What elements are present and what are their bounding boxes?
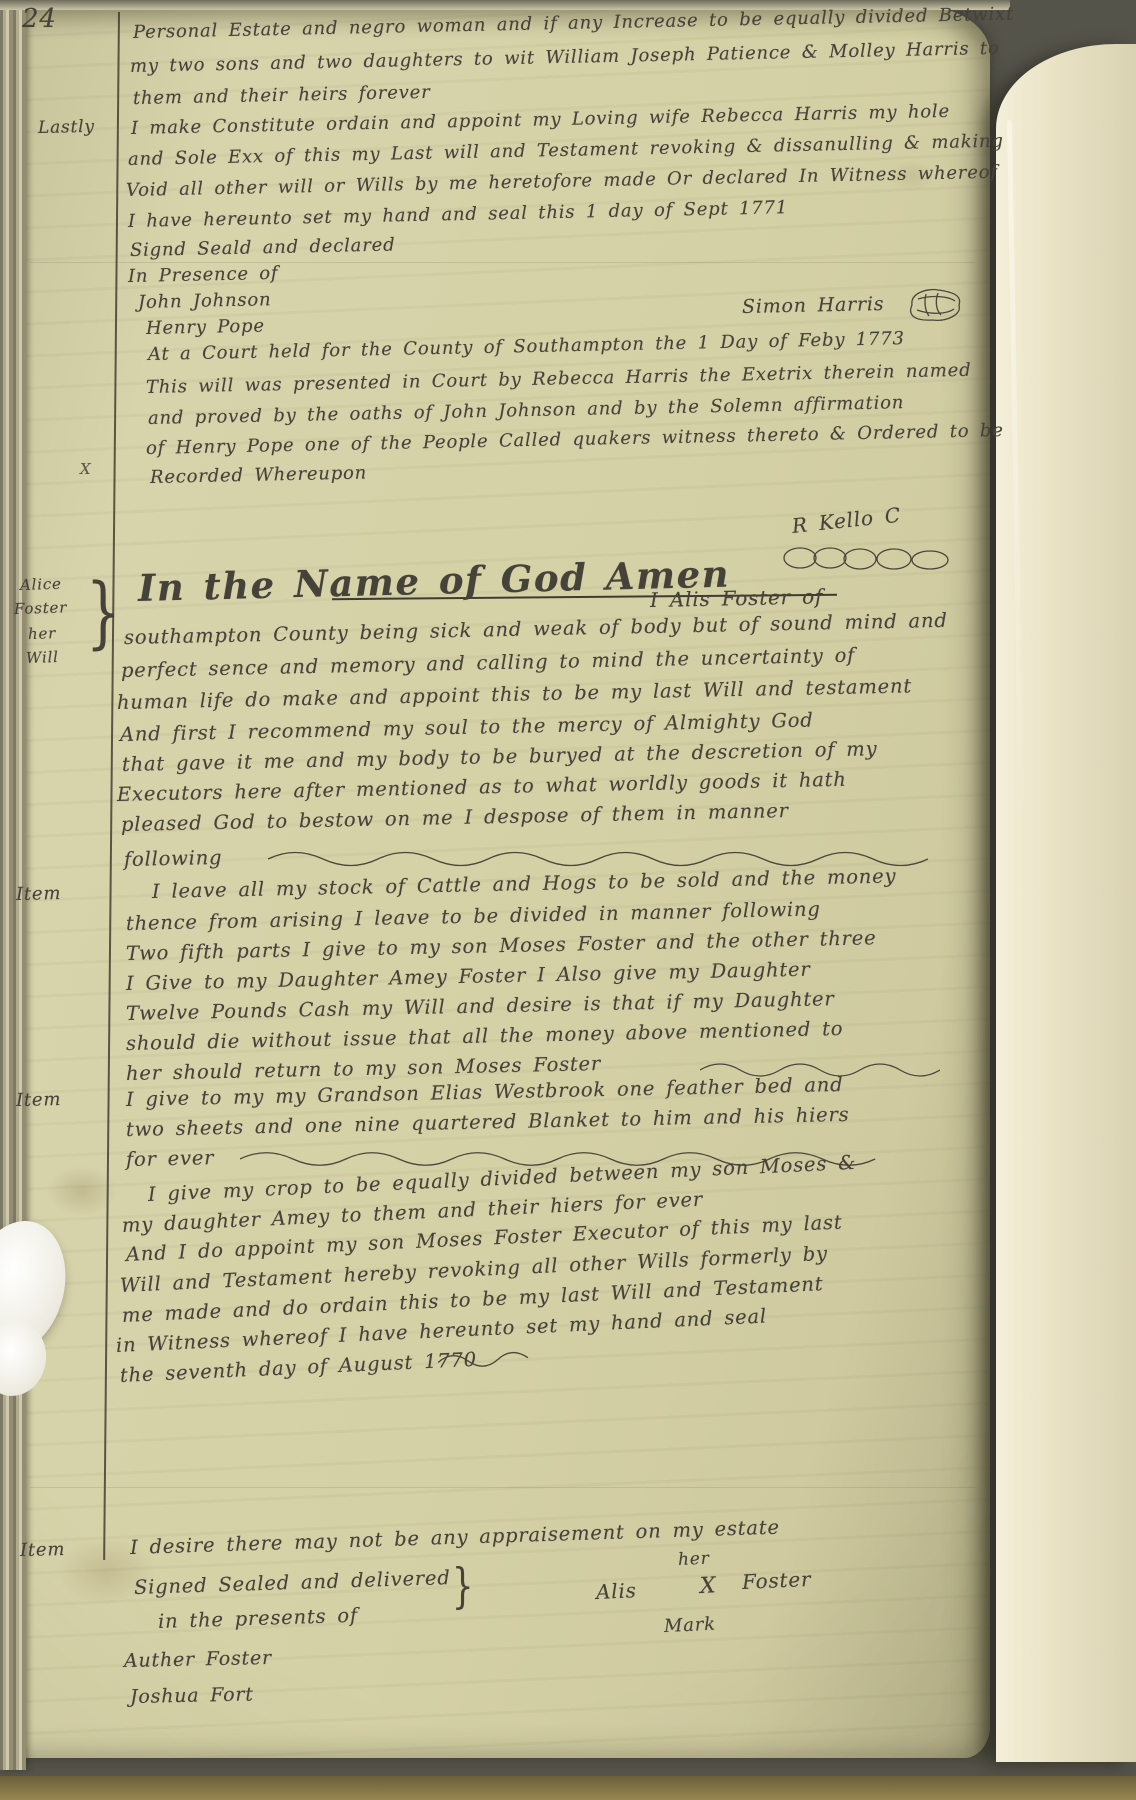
attestation-line: In Presence of [128,263,279,287]
facing-page [996,44,1136,1762]
testator-signature: Simon Harris [742,293,885,318]
witness-name: Joshua Fort [130,1683,254,1708]
manuscript-photo: 24 Lastly X Personal Estate and negro wo… [0,0,1136,1800]
margin-note-alice-foster: Foster [14,598,68,618]
margin-note-alice-foster: Will [26,648,59,667]
margin-note-x-mark: X [80,460,91,478]
page-number: 24 [22,4,57,34]
manuscript-line: following [124,846,223,871]
witness-name: John Johnson [138,289,272,313]
paper-crease [30,262,975,263]
margin-note-item: Item [16,1089,62,1111]
witness-name: Henry Pope [146,316,265,339]
margin-note-lastly: Lastly [38,117,95,138]
margin-brace: } [86,574,121,652]
will-heading-rest: I Alis Foster of [650,584,824,612]
mark-word: Mark [664,1614,717,1637]
table-edge [0,1776,1136,1800]
margin-note-alice-foster: her [28,624,57,643]
mark-her-word: her [678,1549,710,1570]
seal-scribble [902,284,966,326]
attestation-brace: } [452,1562,474,1610]
paper-crease [30,1487,975,1488]
testatrix-first-name: Alis [595,1578,637,1604]
margin-note-item: Item [20,1539,66,1561]
testatrix-x-mark: X [699,1573,717,1599]
clerk-flourish [782,544,958,574]
margin-note-alice-foster: Alice [20,575,62,594]
margin-note-item: Item [16,883,62,905]
manuscript-line: for ever [126,1146,215,1171]
testatrix-last-name: Foster [741,1567,811,1594]
witness-name: Auther Foster [124,1647,272,1672]
